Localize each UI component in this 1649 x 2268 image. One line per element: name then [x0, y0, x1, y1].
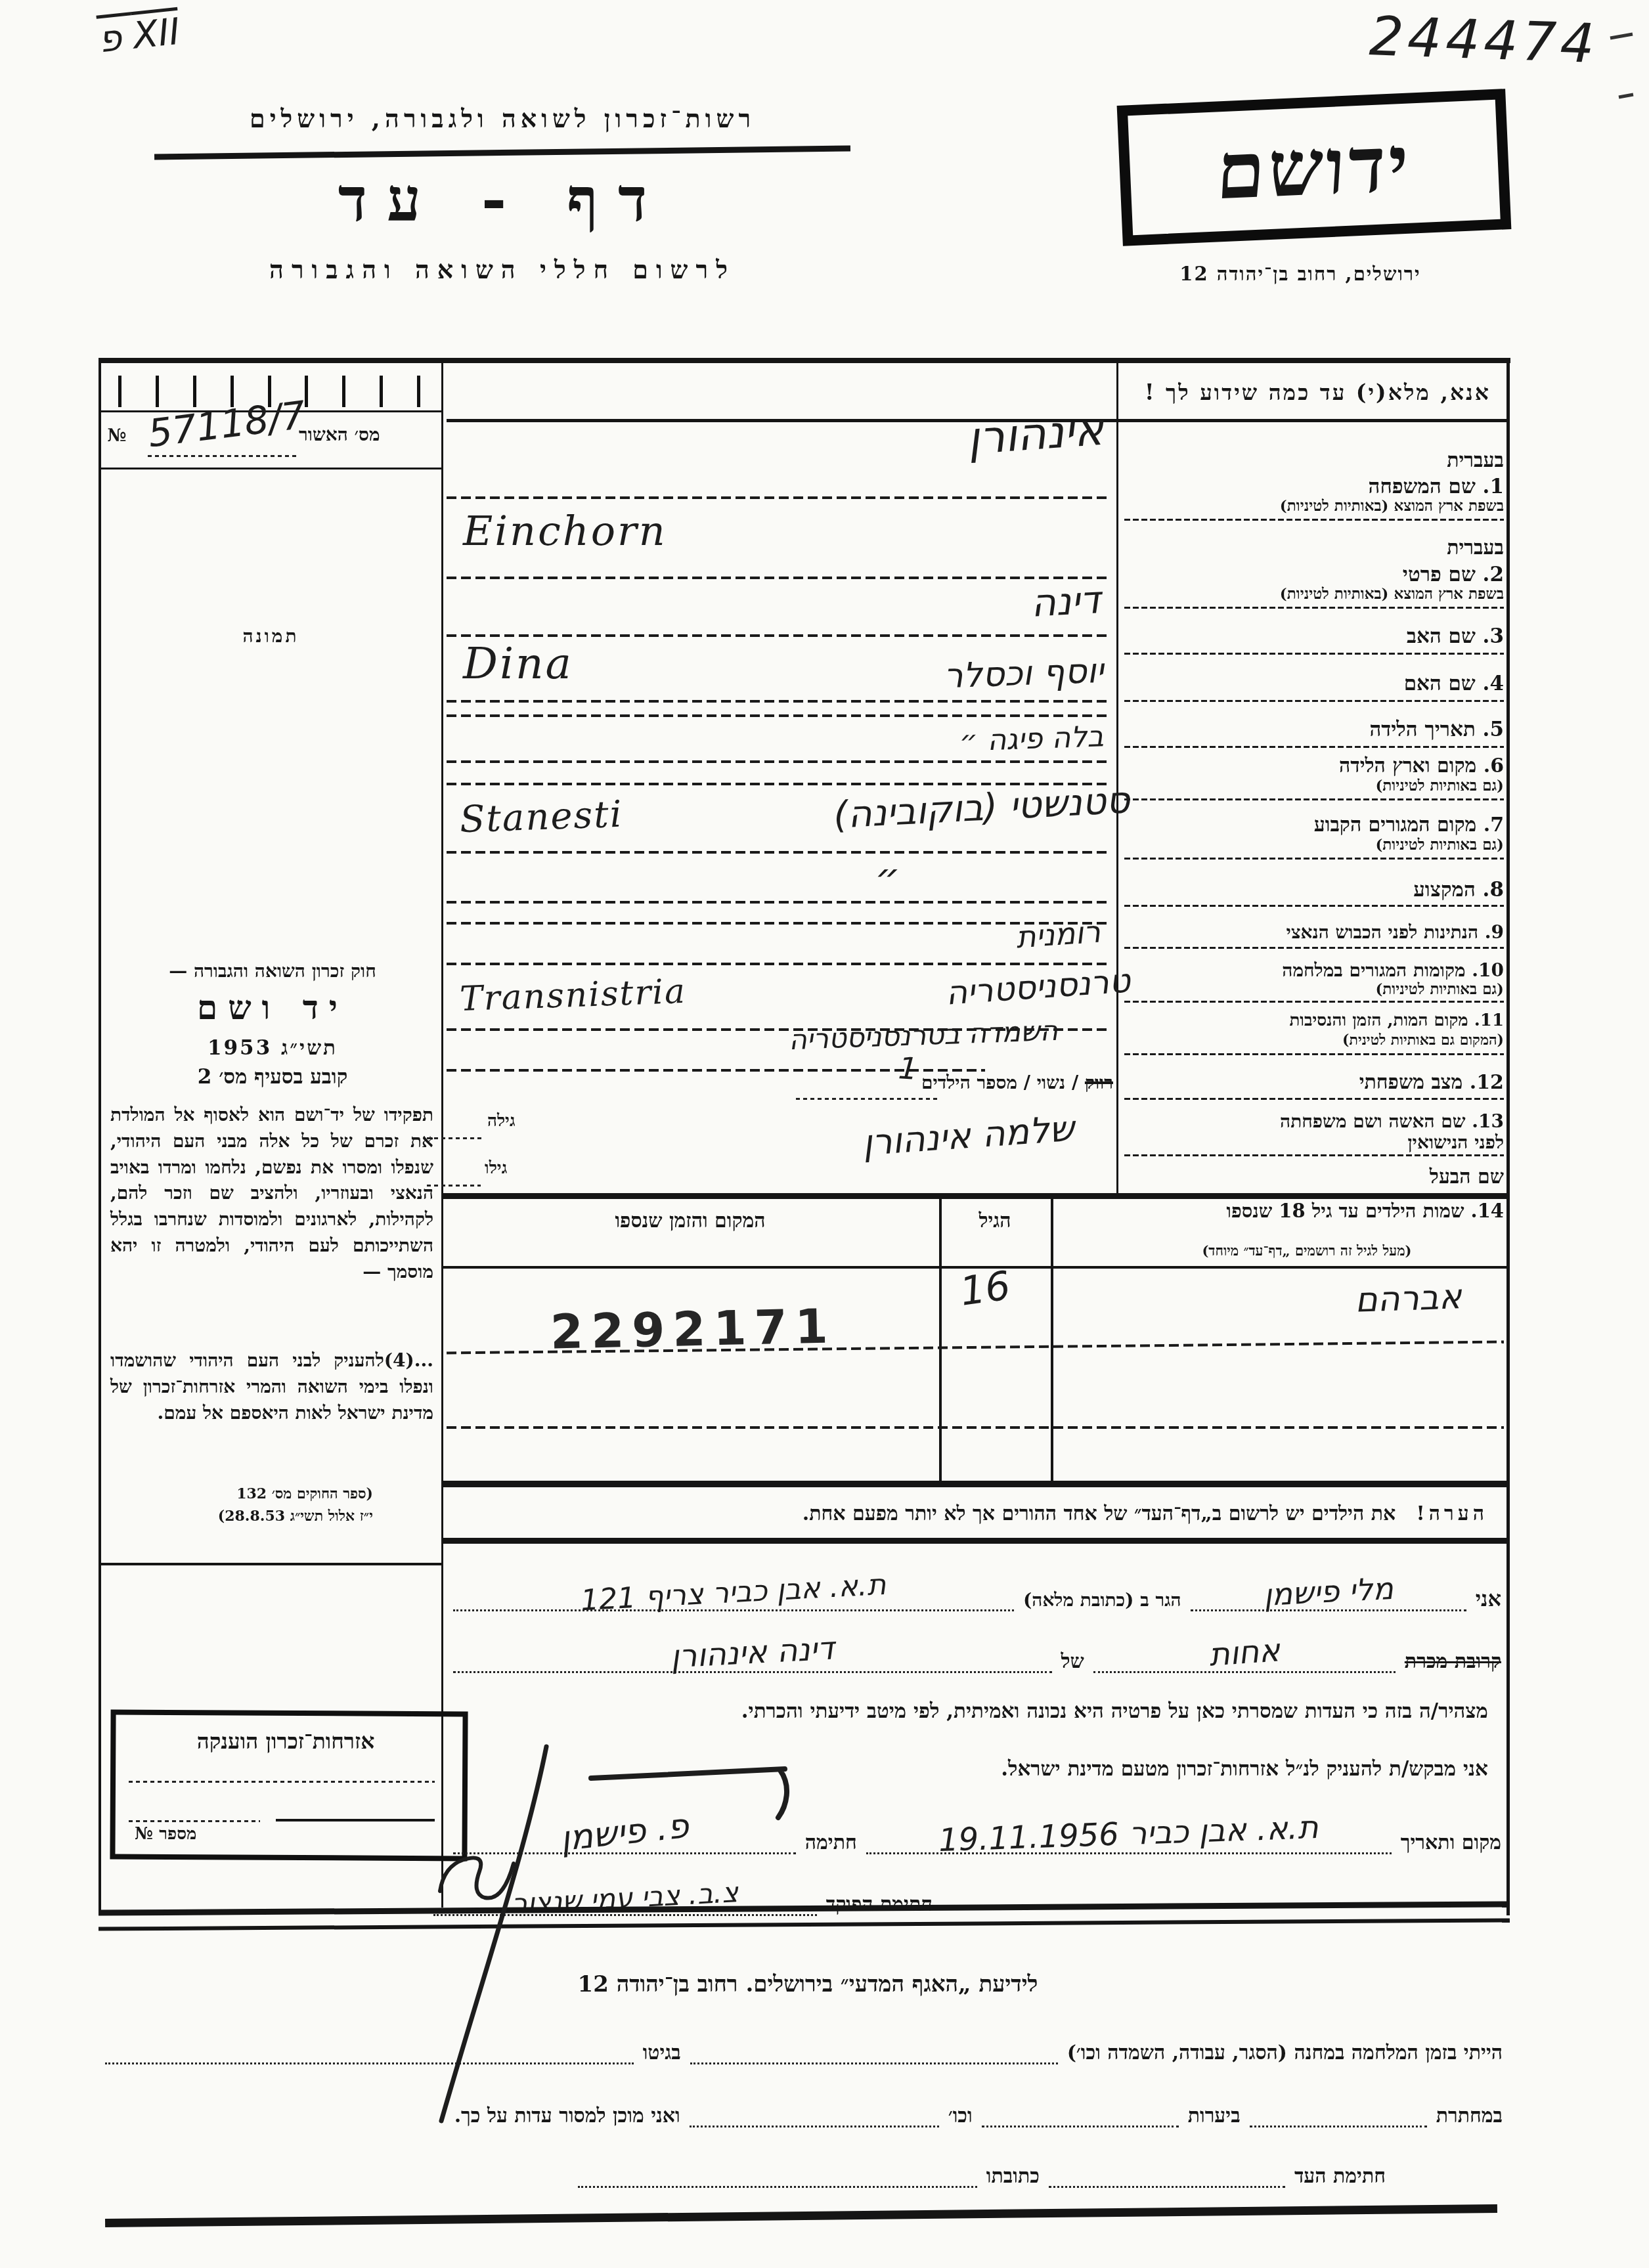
value-father-name: יוסף וכסלר — [943, 651, 1105, 696]
org-underline — [154, 146, 850, 160]
value-firstname-latin: Dina — [463, 638, 573, 689]
field-6-label: 6. מקום וארץ הלידה — [1123, 755, 1504, 777]
field-3-label: 3. שם האב — [1123, 625, 1504, 648]
value-citizenship: רומנית — [1015, 914, 1102, 955]
footer-bottom-rule — [105, 2204, 1497, 2227]
value-children-count: 1 — [897, 1050, 919, 1087]
value-witness-address: ת.א. אבן כביר צריף 121 — [580, 1568, 887, 1617]
table-header-place: המקום והזמן שנספו — [441, 1210, 939, 1232]
value-residence-ditto: ״ — [875, 855, 900, 901]
label-column-divider — [1116, 358, 1118, 1193]
approval-row-underline — [99, 468, 443, 469]
field-11-underline — [1124, 1053, 1504, 1055]
law-logo-text: יד ושם — [108, 988, 437, 1027]
value-surname-hebrew: אינהורן — [966, 404, 1106, 465]
field-13-label: 13. שם האשה ושם משפחתה — [1123, 1111, 1504, 1131]
signature-field: פ. פישמן — [453, 1813, 796, 1854]
footer-ghetto-field — [105, 2062, 634, 2064]
footer-camp-label: הייתי בזמן המלחמה במחנה (הסגר, עבודה, הש… — [1067, 2041, 1503, 2064]
field-11-label: 11. מקום המות, הזמן והנסיבות — [1123, 1011, 1504, 1030]
field-13-label-2: לפני הנישואין — [1123, 1132, 1504, 1152]
option-single-struck: רווק — [1085, 1072, 1113, 1093]
footer-forests-label: ביערות — [1188, 2104, 1241, 2127]
decl-residence-label: הגר ב (כתובת מלאה) — [1023, 1589, 1181, 1611]
footer-row-camp: הייתי בזמן המלחמה במחנה (הסגר, עבודה, הש… — [105, 2030, 1503, 2064]
approval-number-sign: № — [107, 425, 126, 446]
value-birthplace-latin: Stanesti — [459, 793, 624, 842]
field-1-label: 1. שם המשפחה — [1123, 475, 1504, 498]
footer-underground-label: במחתרת — [1436, 2104, 1503, 2127]
citizenship-box-line2 — [129, 1820, 260, 1822]
field-7-note: (גם באותיות לטיניות) — [1123, 837, 1504, 854]
field-10-underline — [1124, 1001, 1504, 1003]
husband-name-label: שם הבעל — [1123, 1166, 1504, 1189]
fill-line-8 — [447, 851, 1111, 854]
value-war-residence-hebrew: טרנסניסטריה — [944, 961, 1132, 1012]
field-1-language-label: בעברית — [1123, 450, 1504, 472]
footer-row-underground: במחתרת ביערות וכו׳ ואני מוכן למסור עדות … — [105, 2093, 1503, 2127]
decl-of-label: של — [1061, 1650, 1084, 1673]
footer-forests-field — [982, 2126, 1179, 2127]
fill-line-1 — [447, 496, 1111, 499]
citizenship-box-number-label: מספר № — [135, 1824, 196, 1844]
marital-status-options: רווק / נשוי / מספר הילדים — [921, 1072, 1113, 1094]
yad-vashem-logo: ידושם — [1117, 89, 1512, 246]
fill-line-4 — [447, 700, 1111, 703]
field-12-underline — [1124, 1098, 1504, 1100]
fill-line-2 — [447, 577, 1111, 579]
value-firstname-hebrew: דינה — [1030, 577, 1102, 625]
children-count-line — [796, 1098, 940, 1100]
value-relation: אחות — [1208, 1632, 1281, 1673]
children-note: הערה! את הילדים יש לרשום ב„דף־העד״ של אח… — [464, 1502, 1488, 1525]
field-2-language-label: בעברית — [1123, 537, 1504, 559]
page-subtitle: לרשום חללי השואה והגבורה — [151, 255, 854, 285]
field-8-label: 8. המקצוע — [1123, 879, 1504, 902]
approval-number-line — [148, 455, 299, 457]
field-14-note: (מעל לגיל זה רושמים „דף־עד״ מיוחד) — [1123, 1242, 1491, 1259]
table-header-age: הגיל — [939, 1210, 1051, 1232]
field-5-label: 5. תאריך הלידה — [1123, 718, 1504, 741]
footer-witness-signature-field — [1049, 2186, 1285, 2188]
value-death-circumstances: השמדה בטרנסניסטריה — [788, 1014, 1058, 1056]
children-note-body: את הילדים יש לרשום ב„דף־העד״ של אחד ההור… — [803, 1502, 1396, 1525]
footer-ghetto-label: בגיטו — [643, 2041, 681, 2064]
declaration-statement-1: מצהיר/ה בזה כי העדות שמסרתי כאן על פרטיה… — [464, 1699, 1488, 1723]
place-date-label: מקום ותאריך — [1401, 1831, 1501, 1854]
field-14-label: 14. שמות הילדים עד גיל 18 שנספו — [1123, 1200, 1504, 1222]
field-13-underline — [1124, 1154, 1504, 1156]
field-1-underline — [1124, 519, 1504, 521]
footer-etc-label: וכו׳ — [948, 2104, 973, 2127]
declaration-row-signature: מקום ותאריך ת.א. אבן כביר 19.11.1956 חתי… — [453, 1807, 1501, 1854]
field-7-underline — [1124, 858, 1504, 860]
law-source-2: י״ז אלול תשי״ג 28.8.53) — [110, 1508, 373, 1525]
decl-i-label: אני — [1476, 1586, 1501, 1611]
field-2-note: בשפת ארץ המוצא (באותיות לטיניות) — [1123, 586, 1504, 603]
field-9-label: 9. הנתינות לפני הכבוש הנאצי — [1123, 922, 1504, 942]
law-source-1: (ספר החוקים מס׳ 132 — [110, 1485, 373, 1502]
footer-witness-address-label: כתובתו — [986, 2165, 1040, 2188]
page-title: דף - עד — [151, 164, 854, 235]
field-2-underline — [1124, 607, 1504, 609]
decl-relation-field: אחות — [1093, 1634, 1396, 1673]
law-paragraph-2: ...(4)להעניק לבני העם היהודי שהושמדו ונפ… — [110, 1347, 433, 1426]
decl-relation-label: קרובת מכרת — [1405, 1650, 1501, 1673]
field-1-note: בשפת ארץ המוצא (באותיות לטיניות) — [1123, 498, 1504, 515]
wife-age-line — [427, 1137, 483, 1139]
table-top-rule — [441, 1193, 1510, 1199]
citizenship-box-line1 — [129, 1781, 435, 1783]
field-4-underline — [1124, 700, 1504, 702]
footer-witness-signature-label: חתימת העד — [1294, 2165, 1386, 2188]
field-6-note: (גם באותיות לטיניות) — [1123, 777, 1504, 795]
signature-label: חתימה — [805, 1831, 857, 1854]
place-date-field: ת.א. אבן כביר 19.11.1956 — [866, 1816, 1392, 1854]
field-8-underline — [1124, 905, 1504, 907]
photo-placeholder-label: תמונה — [99, 625, 443, 647]
husband-age-label: גילו — [485, 1158, 507, 1178]
form-left-border — [99, 358, 101, 1915]
value-child-name: אברהם — [1354, 1277, 1462, 1320]
fill-line-11 — [447, 963, 1111, 965]
field-11-note: (המקום גם באותיות לטינית) — [1123, 1032, 1504, 1049]
fill-line-9 — [447, 901, 1111, 904]
corner-mark: XII פ — [97, 11, 182, 62]
value-victim-name: דינה אינהורן — [670, 1630, 835, 1676]
value-witness-signature: פ. פישמן — [558, 1806, 690, 1859]
value-husband-name: שלמה אינהורן — [861, 1108, 1076, 1164]
form-instruction: אנא, מלא(י) עד כמה שידוע לך ! — [1145, 380, 1491, 406]
declaration-row-identity: אני מלי פישמן הגר ב (כתובת מלאה) ת.א. אב… — [453, 1568, 1501, 1611]
law-clause: קובע בסעיף מס׳ 2 — [108, 1065, 437, 1089]
value-war-residence-latin: Transnistria — [459, 972, 687, 1019]
field-12-label: 12. מצב משפחתי — [1123, 1072, 1504, 1094]
value-clerk-signature: צ.ב. צבי עמי שנצור — [511, 1876, 739, 1920]
approval-number-label: מס׳ האשור — [299, 424, 437, 446]
note-strip-top-rule — [441, 1481, 1510, 1487]
photo-column-bottom — [99, 1563, 443, 1565]
photo-column-divider — [441, 358, 443, 1908]
footer-row-witness-signature: חתימת העד כתובתו — [578, 2154, 1386, 2188]
separator-rule-2 — [99, 1918, 1510, 1930]
field-10-label: 10. מקומות המגורים במלחמה — [1123, 960, 1504, 980]
fill-line-6 — [447, 760, 1111, 763]
citizenship-box-title: אזרחות־זכרון הוענקה — [125, 1728, 447, 1755]
decl-address-field: ת.א. אבן כביר צריף 121 — [453, 1576, 1014, 1611]
law-heading: חוק זכרון השואה והגבורה — — [108, 960, 437, 982]
field-2-label: 2. שם פרטי — [1123, 563, 1504, 586]
law-year: תשי״ג 1953 — [108, 1036, 437, 1060]
decl-witness-name-field: מלי פישמן — [1191, 1574, 1466, 1611]
footer-etc-field — [690, 2126, 939, 2127]
field-6-underline — [1124, 798, 1504, 800]
citizenship-box-line3 — [276, 1819, 435, 1821]
value-witness-name: מלי פישמן — [1263, 1571, 1394, 1613]
value-child-age: 16 — [957, 1263, 1013, 1315]
footer-camp-field — [690, 2062, 1058, 2064]
fill-line-10 — [447, 922, 1111, 925]
table-divider-age-right — [1051, 1193, 1053, 1481]
declaration-statement-2: אני מבקש/ת להעניק לנ״ל אזרחות־זכרון מטעם… — [464, 1757, 1488, 1781]
field-9-underline — [1124, 947, 1504, 949]
org-name: רשות־זכרון לשואה ולגבורה, ירושלים — [151, 104, 854, 134]
field-5-underline — [1124, 746, 1504, 748]
value-birthplace-hebrew: סטנשטי (בוקובינה) — [833, 779, 1131, 837]
form-right-border — [1506, 358, 1510, 1915]
children-note-head: הערה! — [1417, 1502, 1488, 1525]
form-top-rule — [99, 358, 1510, 363]
value-surname-latin: Einchorn — [463, 507, 667, 555]
footer-underground-field — [1250, 2126, 1427, 2127]
wife-age-label: גילה — [487, 1111, 516, 1131]
note-strip-bottom-rule — [441, 1538, 1510, 1544]
org-address: ירושלים, רחוב בן־יהודה 12 — [1116, 263, 1484, 286]
table-divider-age-left — [939, 1193, 942, 1481]
fill-line-5 — [447, 714, 1111, 717]
field-4-label: 4. שם האם — [1123, 672, 1504, 695]
value-place-date: ת.א. אבן כביר 19.11.1956 — [938, 1809, 1319, 1859]
husband-age-line — [427, 1185, 481, 1187]
field-3-underline — [1124, 653, 1504, 655]
footer-witness-address-field — [578, 2186, 977, 2188]
reference-number: 244474 — [1368, 5, 1599, 76]
field-7-label: 7. מקום המגורים הקבוע — [1123, 814, 1504, 837]
decl-victim-name-field: דינה אינהורן — [453, 1634, 1052, 1673]
value-mother-name: בלה פיגה ״ — [959, 720, 1104, 758]
fill-line-3 — [447, 634, 1111, 637]
logo-text: ידושם — [1214, 117, 1413, 217]
field-10-note: (גם באותיות לטיניות) — [1123, 981, 1504, 998]
law-paragraph: תפקידו של יד־ושם הוא לאסוף אל המולדת את … — [110, 1102, 433, 1284]
ink-speck — [1610, 34, 1633, 97]
footer-title: לידיעת „האגף המדעי״ בירושלים. רחוב בן־יה… — [151, 1971, 1464, 1997]
footer-willing-label: ואני מוכן למסור עדות על כך. — [454, 2104, 680, 2127]
declaration-row-relation: קרובת מכרת אחות של דינה אינהורן — [453, 1630, 1501, 1673]
testimony-page-scan: XII פ 244474 רשות־זכרון לשואה ולגבורה, י… — [0, 0, 1649, 2268]
table-row-line-2 — [447, 1426, 1504, 1429]
